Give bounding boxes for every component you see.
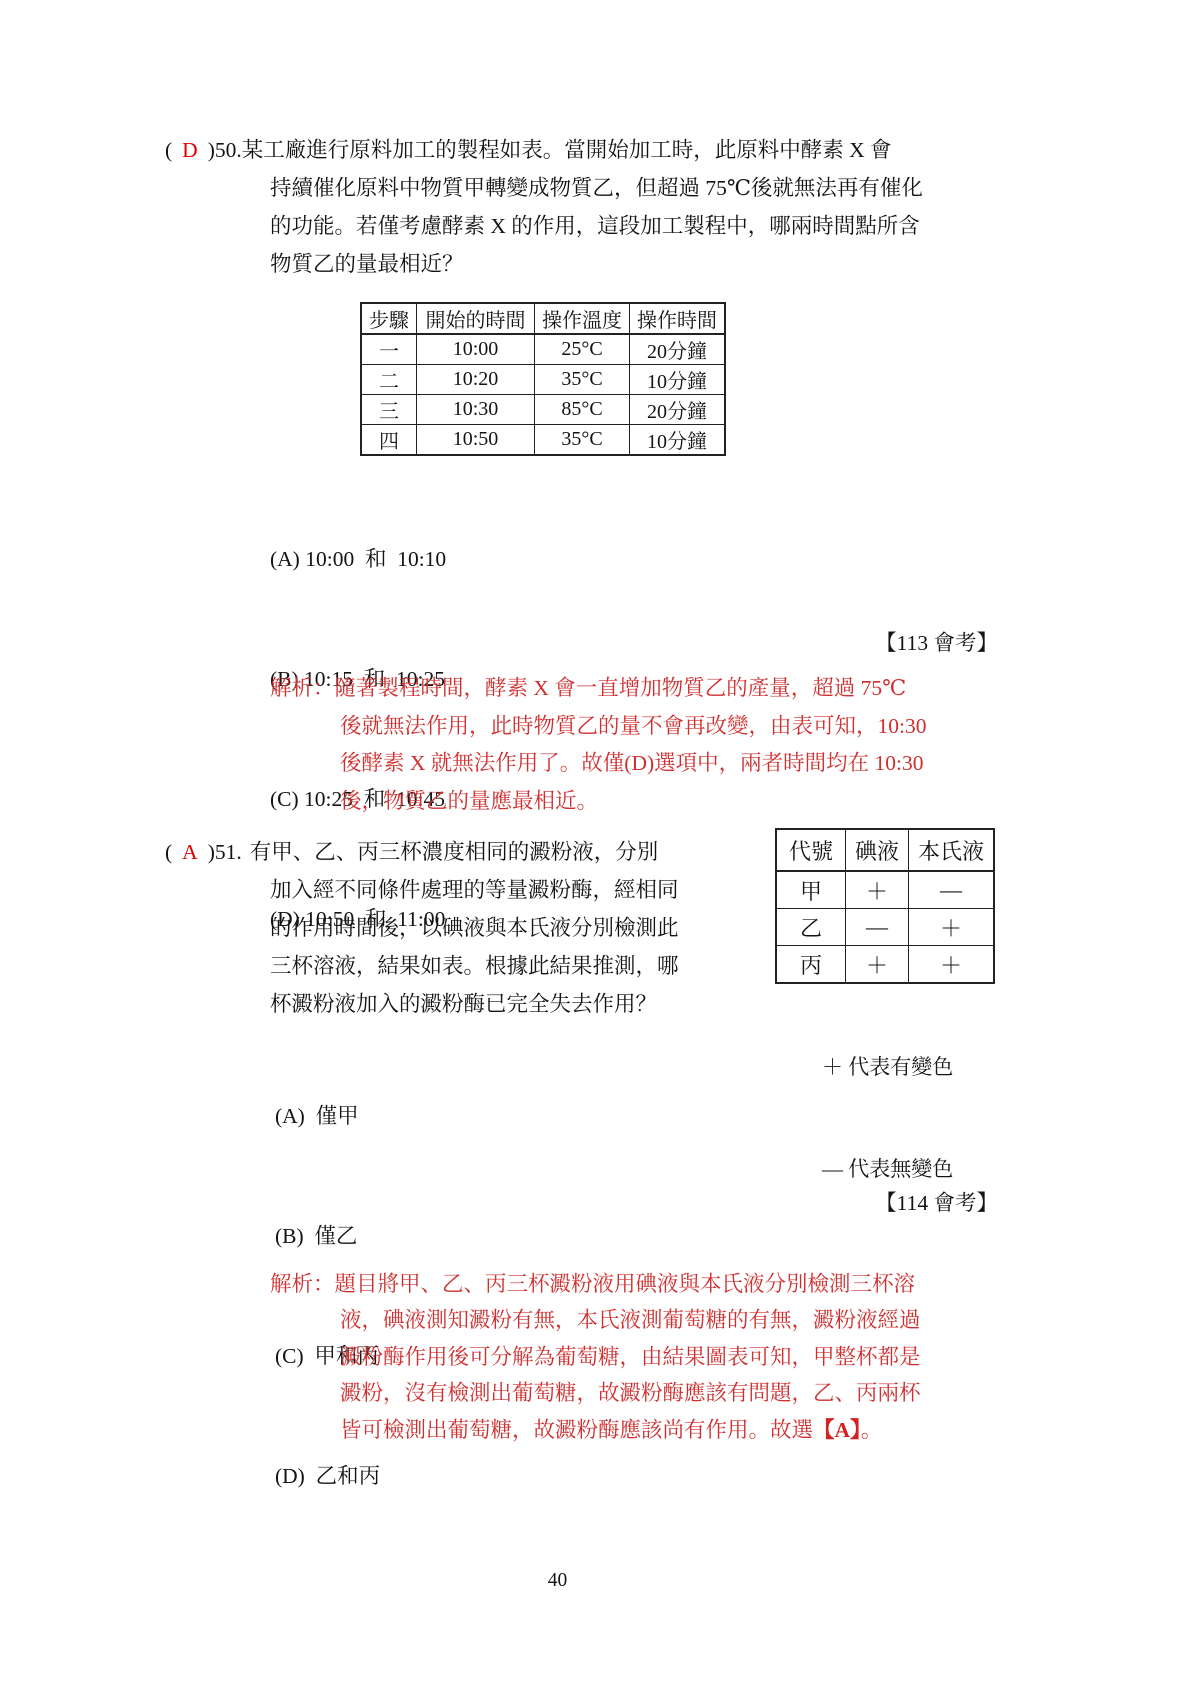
legend-plus: ＋ 代表有變色 <box>822 1050 953 1084</box>
table-cell: 二 <box>361 365 417 395</box>
analysis-line: 皆可檢測出葡萄糖，故澱粉酶應該尚有作用。故選【A】。 <box>340 1412 921 1448</box>
table-cell: ＋ <box>846 946 909 984</box>
question-51-line4: 三杯溶液，結果如表。根據此結果推測，哪 <box>270 947 679 985</box>
q50-number: )50. <box>208 138 242 162</box>
table-row: 丙 ＋ ＋ <box>776 946 994 984</box>
table-cell: 25°C <box>535 334 630 365</box>
table-row: 二 10:20 35°C 10分鐘 <box>361 365 725 395</box>
analysis-line: 澱粉酶作用後可分解為葡萄糖，由結果圖表可知，甲整杯都是 <box>340 1339 921 1375</box>
table-header-row: 代號 碘液 本氏液 <box>776 829 994 871</box>
q51-stem-text: 有甲、乙、丙三杯濃度相同的澱粉液，分別 <box>250 840 659 864</box>
table-cell: ＋ <box>909 909 995 946</box>
question-50: (D)50.某工廠進行原料加工的製程如表。當開始加工時，此原料中酵素 X 會 持… <box>165 131 923 283</box>
table-header: 本氏液 <box>909 829 995 871</box>
table-cell: — <box>909 871 995 909</box>
table-cell: 10:20 <box>417 365 535 395</box>
table-cell: 四 <box>361 425 417 456</box>
table-cell: 乙 <box>776 909 846 946</box>
analysis-line: 解析：題目將甲、乙、丙三杯澱粉液用碘液與本氏液分別檢測三杯溶 <box>270 1266 921 1302</box>
analysis-line: 解析：隨著製程時間，酵素 X 會一直增加物質乙的產量，超過 75℃ <box>270 670 926 708</box>
question-50-line2: 持續催化原料中物質甲轉變成物質乙，但超過 75℃後就無法再有催化 <box>270 169 923 207</box>
q50-answer-letter: D <box>172 138 208 162</box>
question-51: (A)51.有甲、乙、丙三杯濃度相同的澱粉液，分別 加入經不同條件處理的等量澱粉… <box>165 833 679 1023</box>
option-b: (B) 僅乙 <box>275 1216 380 1256</box>
table-cell: 85°C <box>535 395 630 425</box>
analysis-line: 後就無法作用，此時物質乙的量不會再改變，由表可知，10:30 <box>340 708 926 746</box>
question-50-line1: (D)50.某工廠進行原料加工的製程如表。當開始加工時，此原料中酵素 X 會 <box>165 131 923 169</box>
table-cell: ＋ <box>909 946 995 984</box>
table-row: 四 10:50 35°C 10分鐘 <box>361 425 725 456</box>
table-cell: 35°C <box>535 365 630 395</box>
analysis-line: 後酵素 X 就無法作用了。故僅(D)選項中，兩者時間均在 10:30 <box>340 745 926 783</box>
table-header-row: 步驟 開始的時間 操作溫度 操作時間 <box>361 303 725 334</box>
q51-number: )51. <box>208 840 242 864</box>
table-header: 操作溫度 <box>535 303 630 334</box>
analysis-line: 澱粉，沒有檢測出葡萄糖，故澱粉酶應該有問題，乙、丙兩杯 <box>340 1375 921 1411</box>
page-number: 40 <box>0 1570 1115 1592</box>
analysis-text: 皆可檢測出葡萄糖，故澱粉酶應該尚有作用。故選 <box>340 1418 813 1442</box>
analysis-text: 。 <box>861 1418 883 1442</box>
table-cell: — <box>846 909 909 946</box>
table-cell: 20分鐘 <box>630 334 726 365</box>
question-51-line1: (A)51.有甲、乙、丙三杯濃度相同的澱粉液，分別 <box>165 833 679 871</box>
table-header: 開始的時間 <box>417 303 535 334</box>
q51-answer-letter: A <box>172 840 208 864</box>
table-cell: 10:30 <box>417 395 535 425</box>
question-51-line2: 加入經不同條件處理的等量澱粉酶，經相同 <box>270 871 679 909</box>
exam-source-114: 【114 會考】 <box>875 1186 998 1217</box>
table-cell: 甲 <box>776 871 846 909</box>
option-a: (A) 10:00 和 10:10 <box>270 539 446 579</box>
q50-stem-text: 某工廠進行原料加工的製程如表。當開始加工時，此原料中酵素 X 會 <box>242 138 892 162</box>
table-cell: ＋ <box>846 871 909 909</box>
question-51-analysis: 解析：題目將甲、乙、丙三杯澱粉液用碘液與本氏液分別檢測三杯溶 液，碘液測知澱粉有… <box>270 1266 921 1448</box>
chosen-answer-ref: 【A】 <box>813 1418 861 1442</box>
option-a: (A) 僅甲 <box>275 1096 380 1136</box>
table-cell: 10分鐘 <box>630 425 726 456</box>
table-header: 操作時間 <box>630 303 726 334</box>
table-row: 乙 — ＋ <box>776 909 994 946</box>
question-51-line3: 的作用時間後，以碘液與本氏液分別檢測此 <box>270 909 679 947</box>
table-cell: 10分鐘 <box>630 365 726 395</box>
exam-source-113: 【113 會考】 <box>875 626 998 657</box>
table-header: 碘液 <box>846 829 909 871</box>
question-50-line4: 物質乙的量最相近？ <box>270 245 923 283</box>
process-steps-table: 步驟 開始的時間 操作溫度 操作時間 一 10:00 25°C 20分鐘 二 1… <box>360 302 726 456</box>
table-row: 甲 ＋ — <box>776 871 994 909</box>
table-cell: 一 <box>361 334 417 365</box>
table-row: 三 10:30 85°C 20分鐘 <box>361 395 725 425</box>
table-cell: 三 <box>361 395 417 425</box>
table-cell: 35°C <box>535 425 630 456</box>
table-cell: 20分鐘 <box>630 395 726 425</box>
table-header: 代號 <box>776 829 846 871</box>
table-header: 步驟 <box>361 303 417 334</box>
table-cell: 10:00 <box>417 334 535 365</box>
legend-minus: — 代表無變色 <box>822 1152 953 1186</box>
table-row: 一 10:00 25°C 20分鐘 <box>361 334 725 365</box>
exam-solution-page: (D)50.某工廠進行原料加工的製程如表。當開始加工時，此原料中酵素 X 會 持… <box>0 0 1191 1684</box>
option-d: (D) 乙和丙 <box>275 1456 380 1496</box>
question-50-analysis: 解析：隨著製程時間，酵素 X 會一直增加物質乙的產量，超過 75℃ 後就無法作用… <box>270 670 926 821</box>
test-result-table: 代號 碘液 本氏液 甲 ＋ — 乙 — ＋ 丙 ＋ ＋ <box>775 828 995 984</box>
table-cell: 丙 <box>776 946 846 984</box>
question-50-line3: 的功能。若僅考慮酵素 X 的作用，這段加工製程中，哪兩時間點所含 <box>270 207 923 245</box>
analysis-line: 後，物質乙的量應最相近。 <box>340 783 926 821</box>
table-cell: 10:50 <box>417 425 535 456</box>
analysis-line: 液，碘液測知澱粉有無，本氏液測葡萄糖的有無，澱粉液經過 <box>340 1302 921 1338</box>
